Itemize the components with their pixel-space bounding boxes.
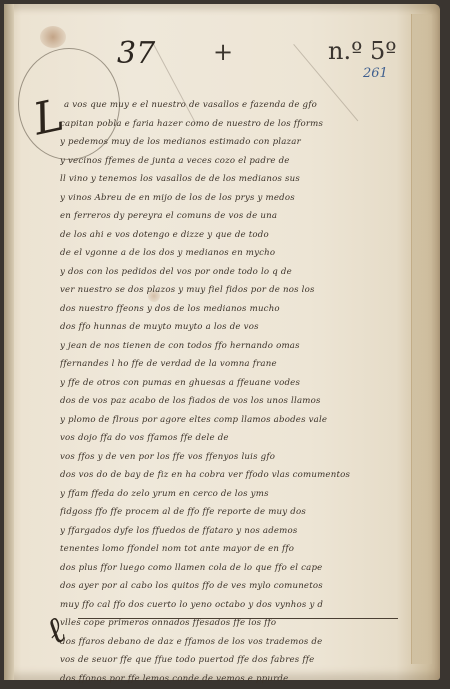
- archive-number: 261: [363, 66, 388, 81]
- text-line: y jean de nos tienen de con todos ffo he…: [60, 337, 396, 356]
- folio-number: 37: [117, 36, 155, 71]
- item-number: n.º 5º: [328, 37, 397, 65]
- binding-gutter: [4, 4, 14, 680]
- text-line: de el vgonne a de los dos y medianos en …: [60, 244, 396, 263]
- text-line: y ffe de otros con pumas en ghuesas a ff…: [60, 374, 396, 393]
- text-line: y pedemos muy de los medianos estimado c…: [60, 133, 396, 152]
- text-line: vos de seuor ffe que ffue todo puertod f…: [60, 651, 396, 670]
- text-line: de los ahi e vos dotengo e dizze y que d…: [60, 226, 396, 245]
- text-line: a vos que muy e el nuestro de vasallos e…: [60, 96, 396, 115]
- closing-rule-line: [78, 618, 398, 619]
- text-line: y ffam ffeda do zelo yrum en cerco de lo…: [60, 485, 396, 504]
- text-line: dos de vos paz acabo de los fiados de vo…: [60, 392, 396, 411]
- text-line: ffernandes l ho ffe de verdad de la vomn…: [60, 355, 396, 374]
- text-line: dos vos do de bay de fiz en ha cobra ver…: [60, 466, 396, 485]
- text-line: dos ffaros debano de daz e ffamos de los…: [60, 633, 396, 652]
- text-line: y dos con los pedidos del vos por onde t…: [60, 263, 396, 282]
- text-line: vos dojo ffa do vos ffamos ffe dele de: [60, 429, 396, 448]
- page-edge-fold: [411, 14, 432, 664]
- text-line: dos nuestro ffeons y dos de los medianos…: [60, 300, 396, 319]
- text-line: capitan pobla e faria hazer como de nues…: [60, 115, 396, 134]
- text-line: dos ffo hunnas de muyto muyto a los de v…: [60, 318, 396, 337]
- text-line: dos ayer por al cabo los quitos ffo de v…: [60, 577, 396, 596]
- text-line: en ferreros dy pereyra el comuns de vos …: [60, 207, 396, 226]
- text-line: ll vino y tenemos los vasallos de de los…: [60, 170, 396, 189]
- text-line: y ffargados dyfe los ffuedos de ffataro …: [60, 522, 396, 541]
- cross-mark: +: [213, 38, 233, 66]
- text-line: tenentes lomo ffondel nom tot ante mayor…: [60, 540, 396, 559]
- text-line: dos ffonos por ffe lemos conde de vemos …: [60, 670, 396, 689]
- text-line: y plomo de flrous por agore eltes comp l…: [60, 411, 396, 430]
- text-line: vos ffos y de ven por los ffe vos ffenyo…: [60, 448, 396, 467]
- text-line: fidgoss ffo ffe procem al de ffo ffe rep…: [60, 503, 396, 522]
- text-line: vlles cope primeros onnados ffesados ffe…: [60, 614, 396, 633]
- manuscript-text: a vos que muy e el nuestro de vasallos e…: [60, 96, 396, 688]
- text-line: ver nuestro se dos plazos y muy fiel fid…: [60, 281, 396, 300]
- ink-stain: [40, 26, 66, 48]
- text-line: y vinos Abreu de en mijo de los de los p…: [60, 189, 396, 208]
- text-line: y vecinos ffemes de junta a veces cozo e…: [60, 152, 396, 171]
- text-line: dos plus ffor luego como llamen cola de …: [60, 559, 396, 578]
- text-line: muy ffo cal ffo dos cuerto lo yeno octab…: [60, 596, 396, 615]
